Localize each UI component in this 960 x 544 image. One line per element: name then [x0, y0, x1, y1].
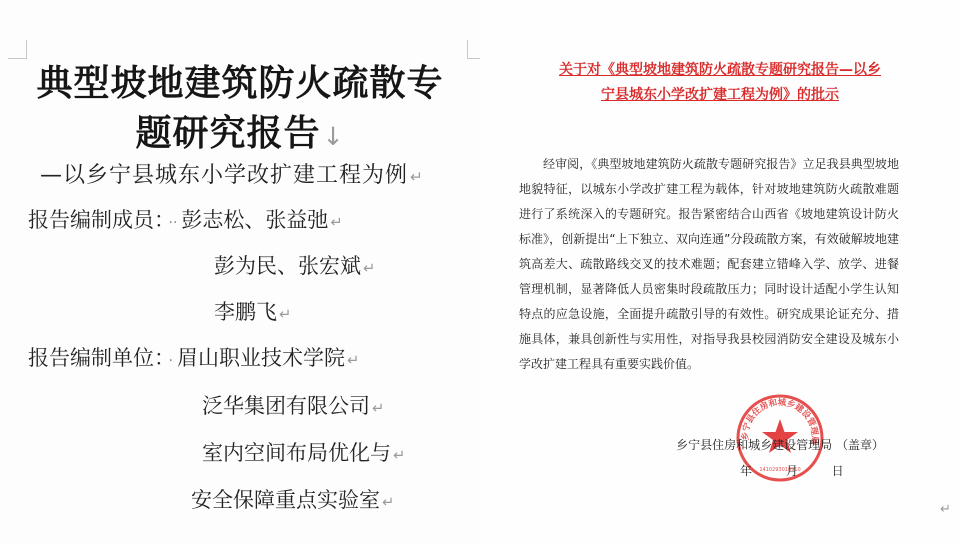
signature-line: 乡宁县住房和城乡建设管理局 （盖章） [504, 436, 884, 453]
member-names-1: 彭志松、张益弛 [181, 208, 328, 232]
paragraph-mark-icon: ↵ [382, 494, 394, 511]
letter-body: 经审阅，《典型坡地建筑防火疏散专题研究报告》立足我县典型坡地地貌特征，以城东小学… [519, 152, 899, 377]
members-row-1: 报告编制成员：··彭志松、张益弛↵ [28, 204, 343, 234]
line-break-icon: ↓ [322, 122, 344, 151]
unit-name-1: 眉山职业技术学院 [177, 346, 345, 370]
cover-subtitle-text: —以乡宁县城东小学改扩建工程为例 [40, 163, 408, 188]
spacing-dot: · [169, 353, 173, 369]
cover-title-line1: 典型坡地建筑防火疏散专 [20, 58, 460, 108]
members-row-2: 彭为民、张宏斌↵ [214, 250, 375, 280]
cover-page: 典型坡地建筑防火疏散专 题研究报告↓ —以乡宁县城东小学改扩建工程为例↵ 报告编… [0, 0, 480, 544]
spacing-dots: ·· [169, 215, 178, 231]
letter-title-line2: 宁县城东小学改扩建工程为例》的批示 [480, 83, 960, 107]
crop-mark-top-left [8, 40, 27, 59]
cover-subtitle: —以乡宁县城东小学改扩建工程为例↵ [40, 158, 424, 189]
paragraph-mark-icon: ↵ [363, 260, 375, 277]
units-row-2: 泛华集团有限公司↵ [202, 390, 384, 420]
member-names-2: 彭为民、张宏斌 [214, 254, 361, 278]
letter-title-line1: 关于对《典型坡地建筑防火疏散专题研究报告—以乡 [480, 58, 960, 82]
unit-name-4: 安全保障重点实验室 [191, 488, 380, 512]
paragraph-mark-icon: ↵ [347, 352, 359, 369]
unit-name-3: 室内空间布局优化与 [202, 441, 391, 465]
paragraph-mark-icon: ↵ [940, 502, 951, 517]
paragraph-mark-icon: ↵ [410, 168, 424, 186]
units-row-4: 安全保障重点实验室↵ [191, 484, 394, 514]
date-line: 年 月 日 [740, 462, 844, 479]
cover-title-line2: 题研究报告↓ [20, 108, 460, 162]
units-label: 报告编制单位： [28, 346, 165, 370]
unit-name-2: 泛华集团有限公司 [202, 394, 370, 418]
members-label: 报告编制成员： [28, 208, 165, 232]
endorsement-letter-page: 关于对《典型坡地建筑防火疏散专题研究报告—以乡 宁县城东小学改扩建工程为例》的批… [480, 0, 960, 544]
paragraph-mark-icon: ↵ [279, 306, 291, 323]
members-row-3: 李鹏飞↵ [214, 296, 291, 326]
cover-title-line2-text: 题研究报告 [135, 112, 320, 154]
member-names-3: 李鹏飞 [214, 300, 277, 324]
units-row-1: 报告编制单位：·眉山职业技术学院↵ [28, 342, 359, 372]
units-row-3: 室内空间布局优化与↵ [202, 437, 405, 467]
paragraph-mark-icon: ↵ [372, 400, 384, 417]
paragraph-mark-icon: ↵ [330, 214, 342, 231]
paragraph-mark-icon: ↵ [393, 447, 405, 464]
letter-body-paragraph: 经审阅，《典型坡地建筑防火疏散专题研究报告》立足我县典型坡地地貌特征，以城东小学… [519, 152, 899, 377]
